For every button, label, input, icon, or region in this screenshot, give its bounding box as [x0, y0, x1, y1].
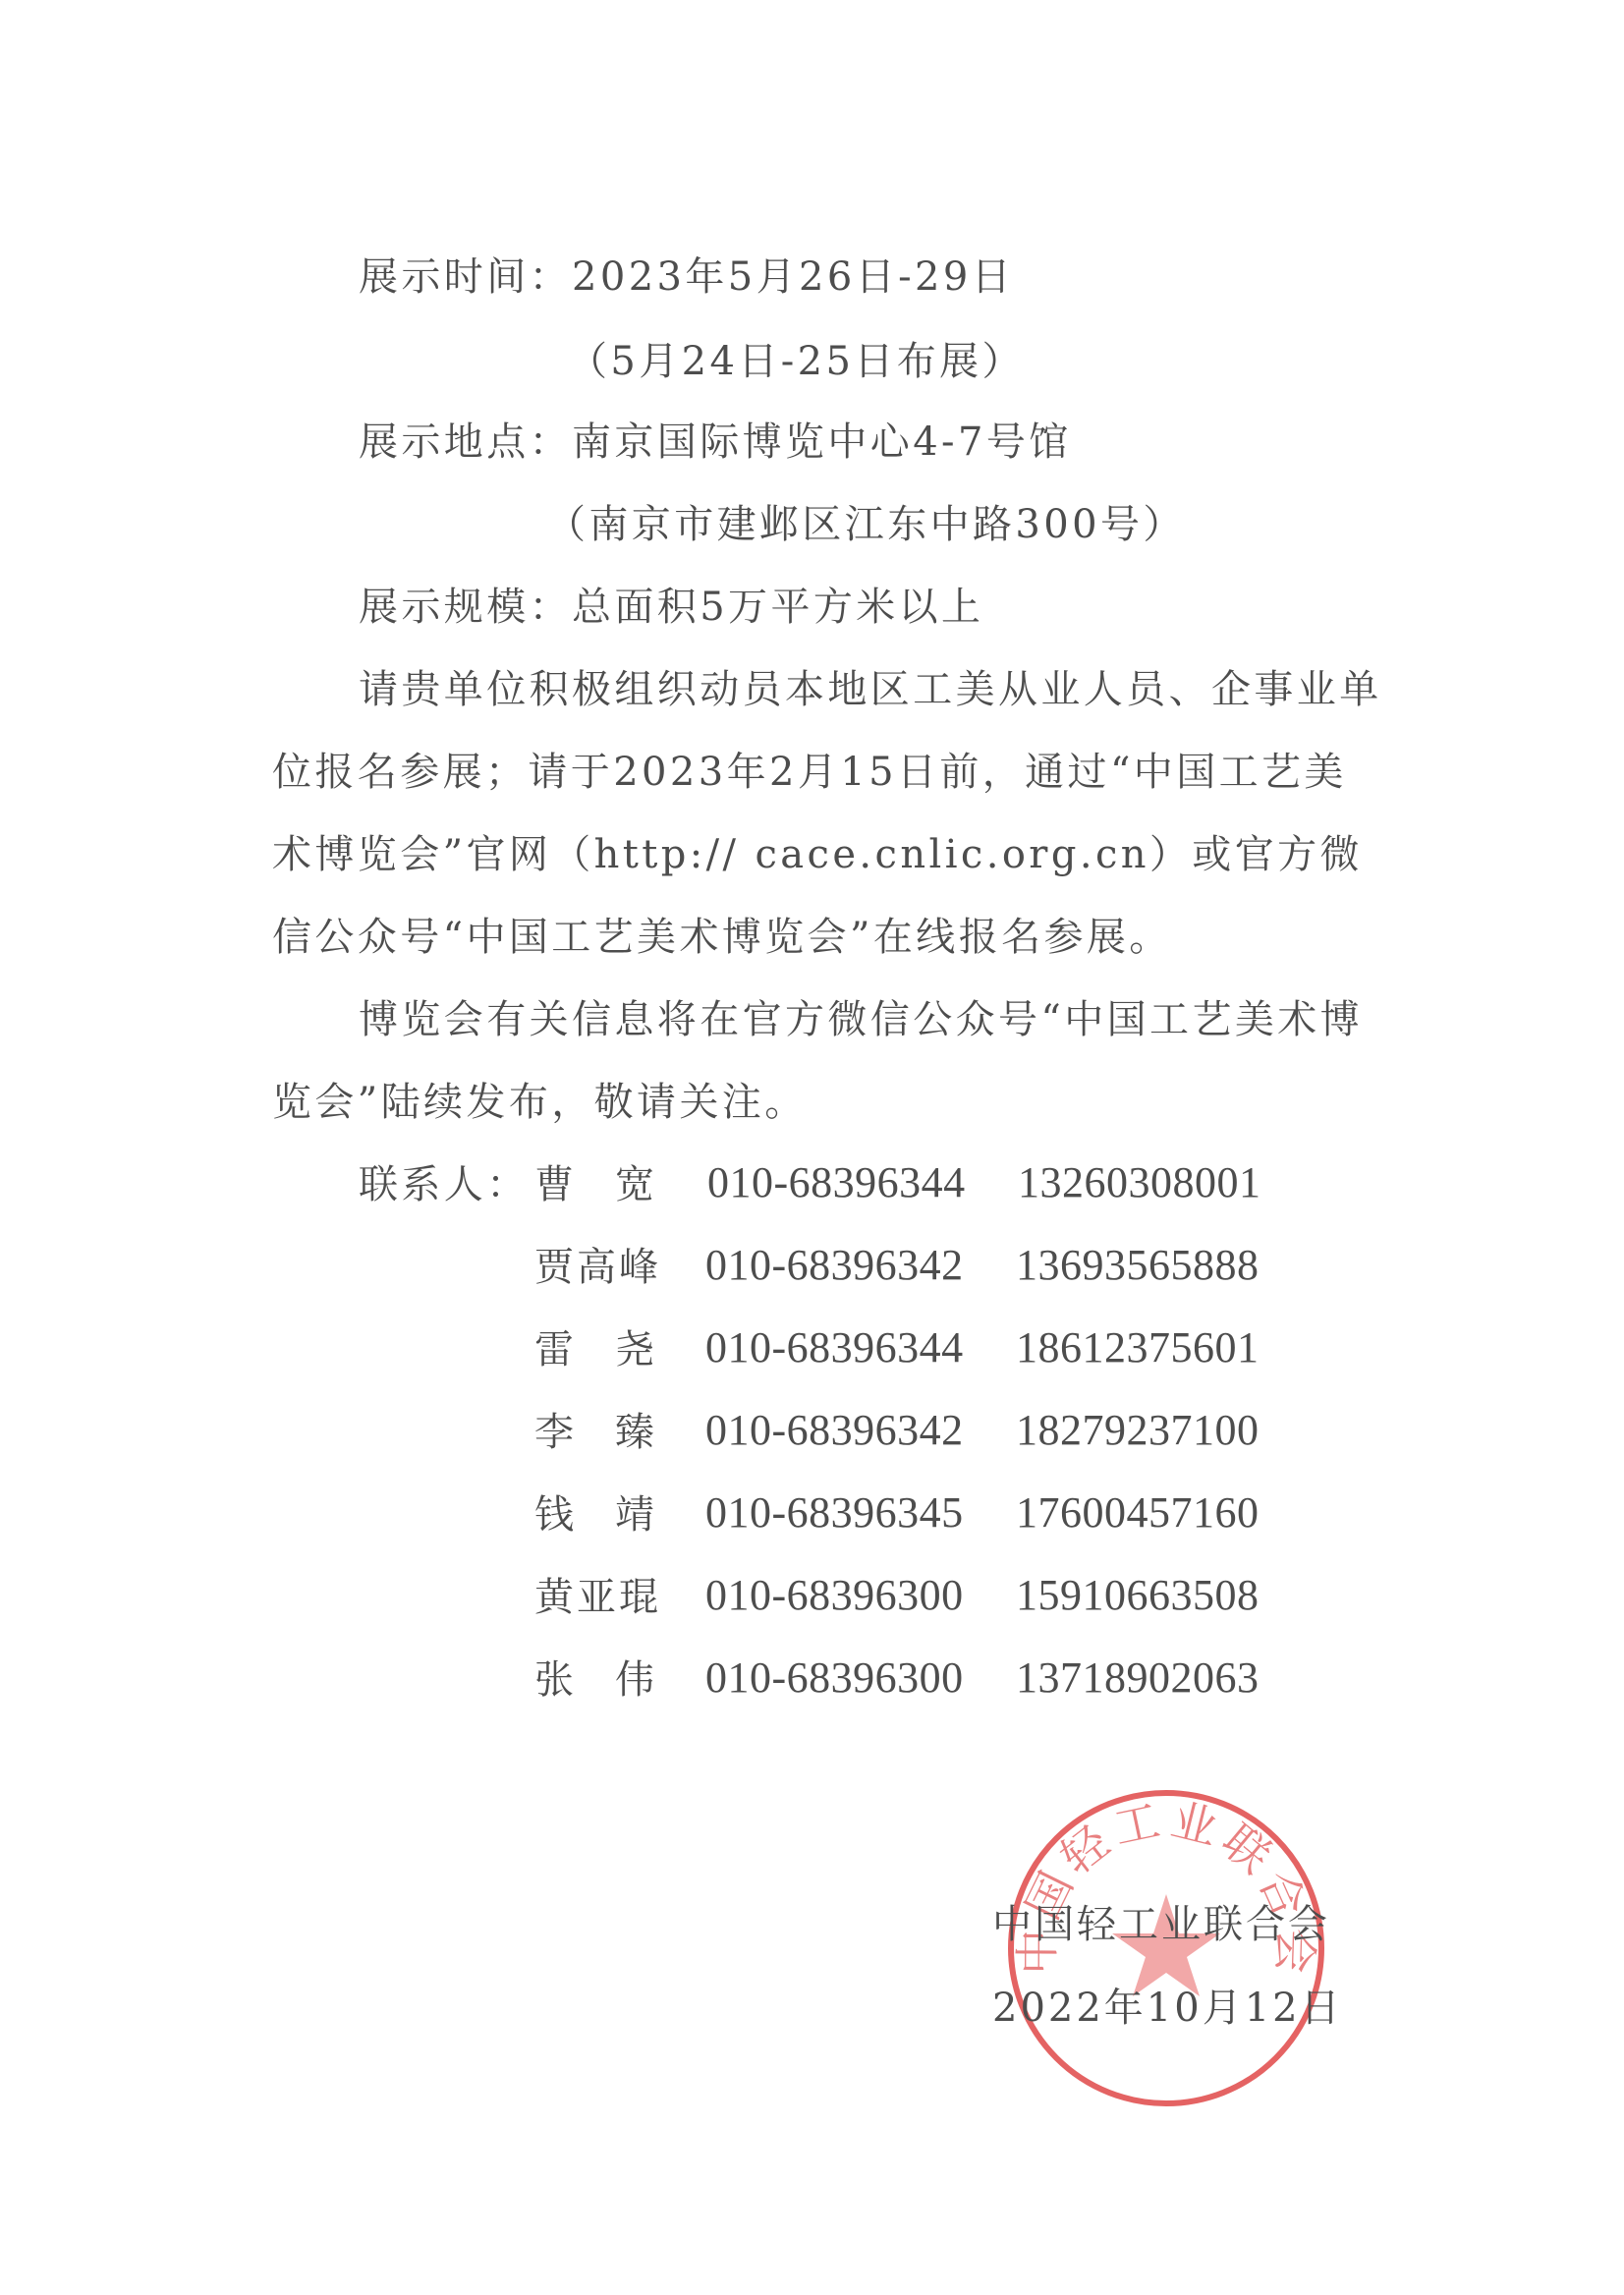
exhibition-address: （南京市建邺区江东中路300号）: [546, 501, 1186, 548]
exhibition-place: 展示地点：南京国际博览中心4-7号馆: [359, 419, 1072, 466]
registration-paragraph-line: 信公众号“中国工艺美术博览会”在线报名参展。: [272, 914, 1172, 961]
contact-name: 贾高峰: [534, 1244, 661, 1291]
contact-tel: 010-68396344: [707, 1159, 966, 1206]
contact-tel: 010-68396342: [705, 1242, 964, 1289]
contact-name: 李臻: [534, 1409, 696, 1456]
contact-name: 张伟: [534, 1656, 696, 1704]
contact-name: 雷尧: [534, 1326, 696, 1373]
contact-mobile: 15910663508: [1016, 1572, 1260, 1619]
notice-paragraph-line: 览会”陆续发布，敬请关注。: [272, 1079, 808, 1126]
contact-mobile: 17600457160: [1016, 1489, 1260, 1537]
exhibition-place-label: 展示地点：: [359, 420, 572, 465]
exhibition-scale-label: 展示规模：: [359, 585, 572, 630]
contact-name: 钱靖: [534, 1491, 696, 1539]
contact-mobile: 18612375601: [1016, 1324, 1260, 1371]
signature-date: 2022年10月12日: [992, 1985, 1343, 2032]
exhibition-time-value: 2023年5月26日-29日: [572, 254, 1014, 300]
contact-mobile: 13260308001: [1018, 1159, 1261, 1206]
exhibition-scale: 展示规模：总面积5万平方米以上: [359, 584, 983, 631]
registration-paragraph-line: 术博览会”官网（http:// cace.cnlic.org.cn）或官方微: [272, 831, 1363, 878]
contact-name: 曹宽: [534, 1161, 696, 1208]
official-seal-stamp: 中国轻工业联合会: [1004, 1786, 1328, 2110]
contact-tel: 010-68396342: [705, 1407, 964, 1454]
notice-paragraph-line: 博览会有关信息将在官方微信公众号“中国工艺美术博: [359, 996, 1363, 1043]
contacts-label: 联系人：: [359, 1161, 530, 1208]
contact-mobile: 13718902063: [1016, 1654, 1260, 1702]
exhibition-time: 展示时间：2023年5月26日-29日: [359, 253, 1014, 301]
contact-tel: 010-68396300: [705, 1654, 964, 1702]
contact-tel: 010-68396344: [705, 1324, 964, 1371]
contact-mobile: 13693565888: [1016, 1242, 1260, 1289]
contact-mobile: 18279237100: [1016, 1407, 1260, 1454]
contact-name: 黄亚琨: [534, 1574, 661, 1621]
signature-organization: 中国轻工业联合会: [992, 1901, 1330, 1948]
exhibition-setup-note: （5月24日-25日布展）: [568, 338, 1025, 385]
contact-tel: 010-68396300: [705, 1572, 964, 1619]
contact-tel: 010-68396345: [705, 1489, 964, 1537]
exhibition-place-value: 南京国际博览中心4-7号馆: [572, 420, 1072, 465]
registration-paragraph-line: 位报名参展；请于2023年2月15日前，通过“中国工艺美: [272, 749, 1347, 796]
exhibition-scale-value: 总面积5万平方米以上: [572, 585, 983, 630]
exhibition-time-label: 展示时间：: [359, 254, 572, 300]
registration-paragraph-line: 请贵单位积极组织动员本地区工美从业人员、企事业单: [359, 666, 1382, 713]
